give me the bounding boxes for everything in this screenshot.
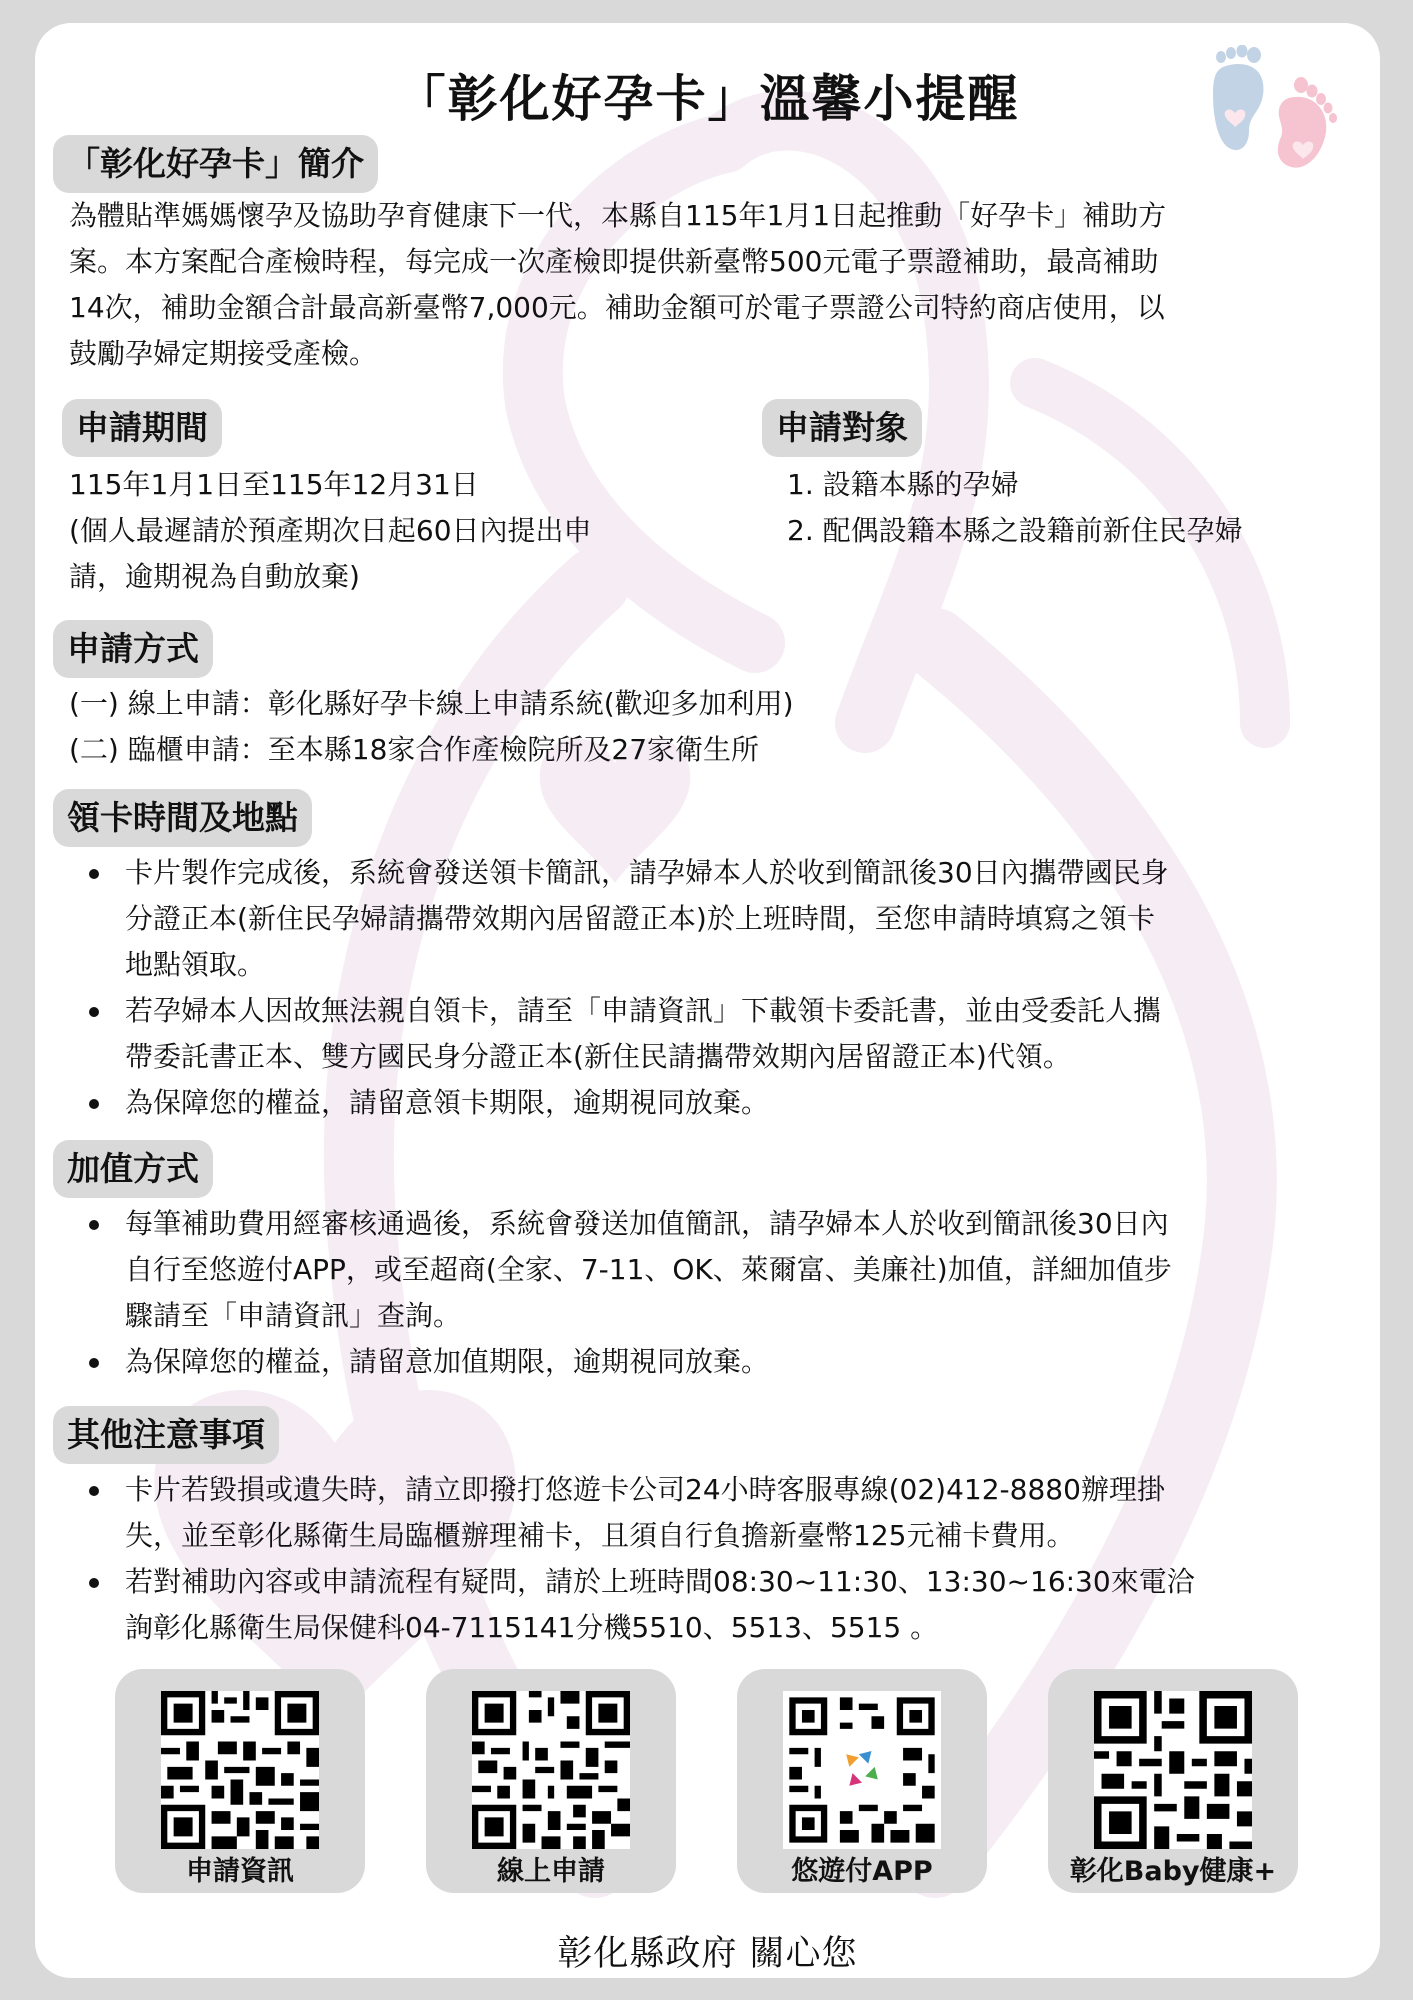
bullet-line: 為保障您的權益，請留意領卡期限，逾期視同放棄。 (125, 1080, 1367, 1126)
footer-slogan: 彰化縣政府 關心您 (35, 1926, 1380, 1976)
bullet-item: 卡片若毀損或遺失時，請立即撥打悠遊卡公司24小時客服專線(02)412-8880… (67, 1467, 1367, 1559)
qr-card-changhua-baby-health[interactable]: 彰化Baby健康+ (1048, 1669, 1298, 1893)
qr-code-with-logo-icon[interactable] (783, 1691, 941, 1849)
bullet-item: 若孕婦本人因故無法親自領卡，請至「申請資訊」下載領卡委託書，並由受委託人攜 帶委… (67, 988, 1367, 1080)
pickup-bullets: 卡片製作完成後，系統會發送領卡簡訊，請孕婦本人於收到簡訊後30日內攜帶國民身 分… (67, 850, 1367, 1126)
qr-label: 線上申請 (426, 1849, 676, 1888)
qr-code-icon[interactable] (1094, 1691, 1252, 1849)
bullet-line: 失，並至彰化縣衛生局臨櫃辦理補卡，且須自行負擔新臺幣125元補卡費用。 (125, 1513, 1367, 1559)
section-heading-topup: 加值方式 (53, 1140, 213, 1198)
bullet-line: 帶委託書正本、雙方國民身分證正本(新住民請攜帶效期內居留證正本)代領。 (125, 1034, 1367, 1080)
intro-line: 14次，補助金額合計最高新臺幣7,000元。補助金額可於電子票證公司特約商店使用… (69, 285, 1359, 331)
bullet-line: 每筆補助費用經審核通過後，系統會發送加值簡訊，請孕婦本人於收到簡訊後30日內 (125, 1201, 1367, 1247)
section-heading-eligibility: 申請對象 (762, 399, 922, 457)
qr-code-row: 申請資訊 線上申請 (35, 1669, 1380, 1893)
qr-code-icon[interactable] (161, 1691, 319, 1849)
baby-feet-icon (1205, 45, 1345, 175)
qr-card-easywallet-app[interactable]: 悠遊付APP (737, 1669, 987, 1893)
qr-card-application-info[interactable]: 申請資訊 (115, 1669, 365, 1893)
page-title: 「彰化好孕卡」溫馨小提醒 (35, 59, 1380, 131)
section-heading-period: 申請期間 (62, 399, 222, 457)
qr-code-icon[interactable] (472, 1691, 630, 1849)
section-heading-pickup: 領卡時間及地點 (53, 789, 312, 847)
bullet-line: 詢彰化縣衛生局保健科04-7115141分機5510、5513、5515 。 (125, 1605, 1367, 1651)
period-line: (個人最遲請於預產期次日起60日內提出申 (69, 508, 709, 554)
eligibility-item: 2. 配偶設籍本縣之設籍前新住民孕婦 (787, 508, 1367, 554)
bullet-line: 為保障您的權益，請留意加值期限，逾期視同放棄。 (125, 1339, 1367, 1385)
bullet-line: 驟請至「申請資訊」查詢。 (125, 1293, 1367, 1339)
notes-bullets: 卡片若毀損或遺失時，請立即撥打悠遊卡公司24小時客服專線(02)412-8880… (67, 1467, 1367, 1651)
method-item: (二) 臨櫃申請：至本縣18家合作產檢院所及27家衛生所 (69, 727, 1359, 773)
bullet-item: 若對補助內容或申請流程有疑問，請於上班時間08:30~11:30、13:30~1… (67, 1559, 1367, 1651)
intro-line: 為體貼準媽媽懷孕及協助孕育健康下一代，本縣自115年1月1日起推動「好孕卡」補助… (69, 193, 1359, 239)
section-heading-notes: 其他注意事項 (53, 1406, 279, 1464)
bullet-item: 為保障您的權益，請留意加值期限，逾期視同放棄。 (67, 1339, 1367, 1385)
eligibility-list: 1. 設籍本縣的孕婦 2. 配偶設籍本縣之設籍前新住民孕婦 (787, 462, 1367, 554)
period-line: 請，逾期視為自動放棄) (69, 554, 709, 600)
qr-label: 申請資訊 (115, 1849, 365, 1888)
bullet-line: 自行至悠遊付APP，或至超商(全家、7-11、OK、萊爾富、美廉社)加值，詳細加… (125, 1247, 1367, 1293)
bullet-item: 卡片製作完成後，系統會發送領卡簡訊，請孕婦本人於收到簡訊後30日內攜帶國民身 分… (67, 850, 1367, 988)
intro-line: 案。本方案配合產檢時程，每完成一次產檢即提供新臺幣500元電子票證補助，最高補助 (69, 239, 1359, 285)
flyer-card: 「彰化好孕卡」溫馨小提醒 「彰化好孕卡」簡介 (35, 23, 1380, 1978)
section-heading-method: 申請方式 (53, 620, 213, 678)
bullet-line: 卡片製作完成後，系統會發送領卡簡訊，請孕婦本人於收到簡訊後30日內攜帶國民身 (125, 850, 1367, 896)
period-line: 115年1月1日至115年12月31日 (69, 462, 709, 508)
bullet-line: 若孕婦本人因故無法親自領卡，請至「申請資訊」下載領卡委託書，並由受委託人攜 (125, 988, 1367, 1034)
method-item: (一) 線上申請：彰化縣好孕卡線上申請系統(歡迎多加利用) (69, 681, 1359, 727)
method-list: (一) 線上申請：彰化縣好孕卡線上申請系統(歡迎多加利用) (二) 臨櫃申請：至… (69, 681, 1359, 773)
topup-bullets: 每筆補助費用經審核通過後，系統會發送加值簡訊，請孕婦本人於收到簡訊後30日內 自… (67, 1201, 1367, 1385)
eligibility-item: 1. 設籍本縣的孕婦 (787, 462, 1367, 508)
bullet-item: 每筆補助費用經審核通過後，系統會發送加值簡訊，請孕婦本人於收到簡訊後30日內 自… (67, 1201, 1367, 1339)
qr-label: 彰化Baby健康+ (1048, 1849, 1298, 1888)
bullet-line: 若對補助內容或申請流程有疑問，請於上班時間08:30~11:30、13:30~1… (125, 1559, 1367, 1605)
section-heading-intro: 「彰化好孕卡」簡介 (53, 135, 378, 193)
intro-paragraph: 為體貼準媽媽懷孕及協助孕育健康下一代，本縣自115年1月1日起推動「好孕卡」補助… (69, 193, 1359, 377)
bullet-line: 地點領取。 (125, 942, 1367, 988)
period-text: 115年1月1日至115年12月31日 (個人最遲請於預產期次日起60日內提出申… (69, 462, 709, 600)
bullet-line: 分證正本(新住民孕婦請攜帶效期內居留證正本)於上班時間，至您申請時填寫之領卡 (125, 896, 1367, 942)
bullet-line: 卡片若毀損或遺失時，請立即撥打悠遊卡公司24小時客服專線(02)412-8880… (125, 1467, 1367, 1513)
bullet-item: 為保障您的權益，請留意領卡期限，逾期視同放棄。 (67, 1080, 1367, 1126)
qr-label: 悠遊付APP (737, 1849, 987, 1888)
intro-line: 鼓勵孕婦定期接受產檢。 (69, 331, 1359, 377)
qr-card-online-application[interactable]: 線上申請 (426, 1669, 676, 1893)
